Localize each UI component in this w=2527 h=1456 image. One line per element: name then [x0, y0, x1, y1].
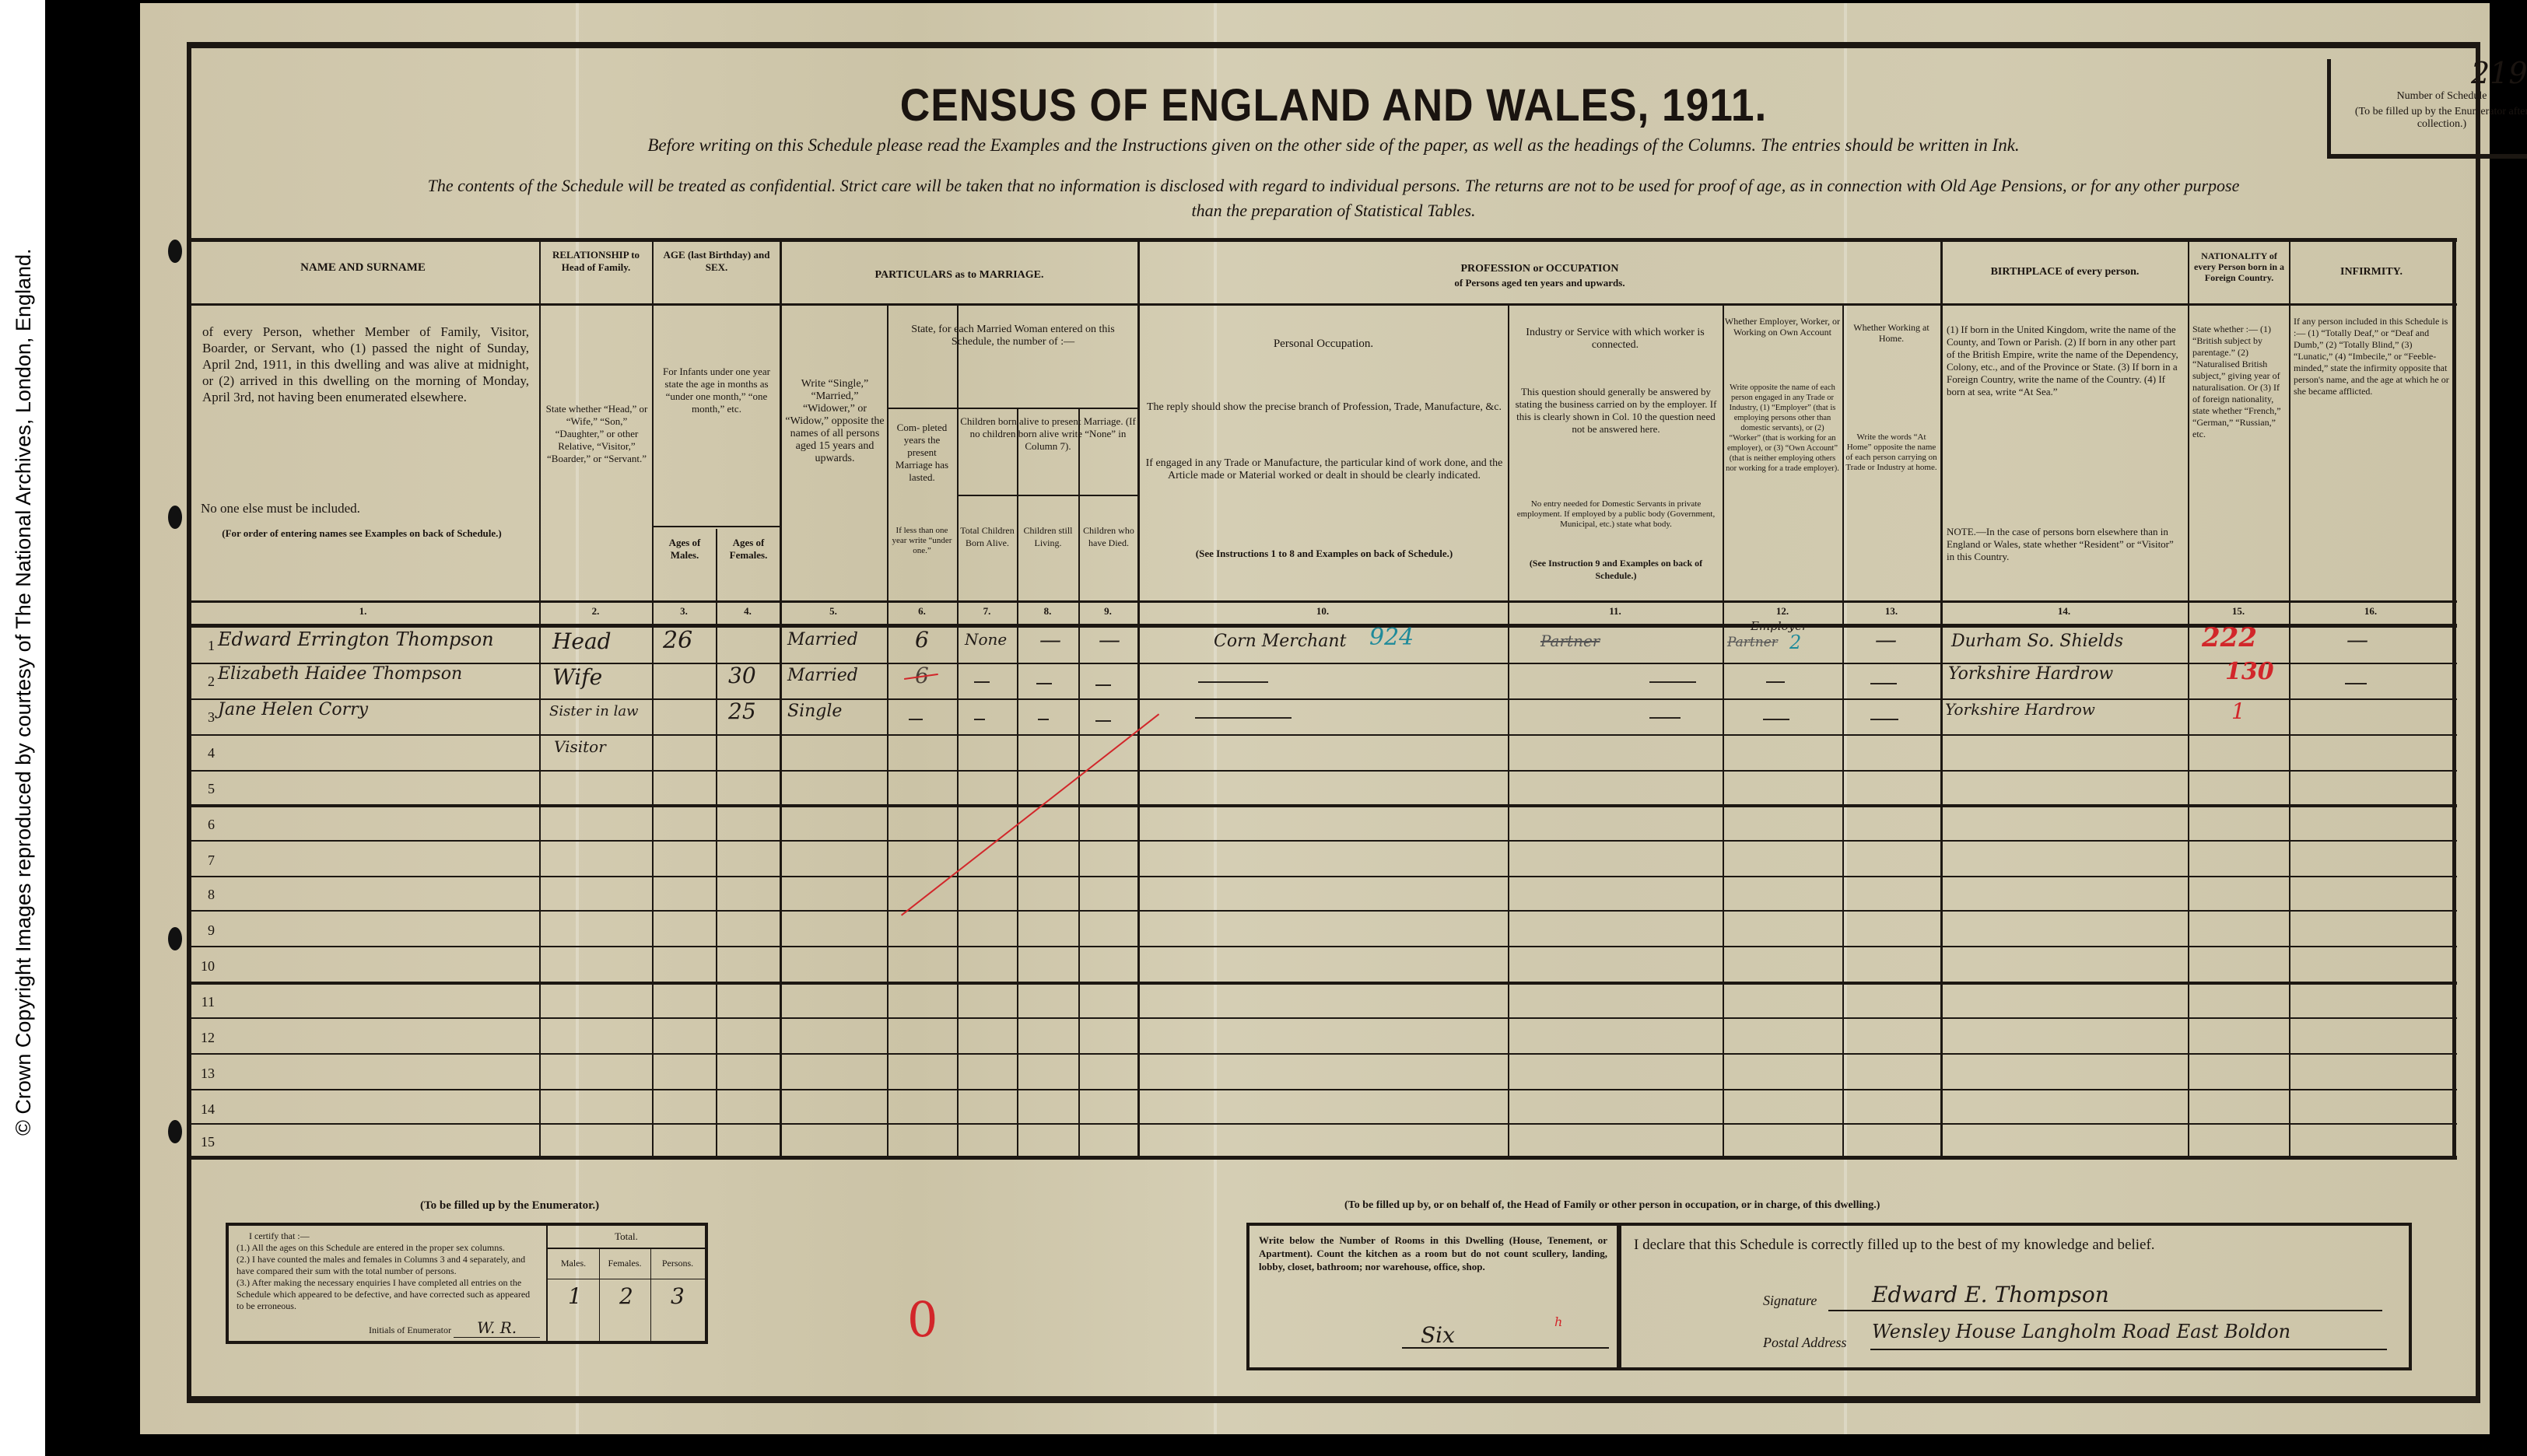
cell-industry: Partner: [1540, 632, 1600, 650]
col-num: 16.: [2289, 605, 2452, 624]
header-personal-desc: The reply should show the precise branch…: [1145, 401, 1503, 414]
header-industry: Industry or Service with which worker is…: [1509, 327, 1721, 352]
header-marriage: PARTICULARS as to MARRIAGE.: [782, 269, 1137, 282]
cell-occupation: Corn Merchant: [1214, 632, 1346, 651]
cell-age-male: 26: [663, 627, 692, 654]
certify-item-3: (3.) After making the necessary enquirie…: [237, 1277, 538, 1312]
cell-relationship: Wife: [552, 664, 602, 690]
header-name-note2: (For order of entering names see Example…: [195, 527, 529, 540]
row-number: 7: [193, 852, 215, 869]
cell-name: Elizabeth Haidee Thompson: [218, 664, 462, 684]
confidential-line-2: than the preparation of Statistical Tabl…: [191, 201, 2476, 221]
row-number: 15: [193, 1134, 215, 1150]
header-personal-occupation: Personal Occupation.: [1140, 338, 1507, 350]
header-relationship: RELATIONSHIP to Head of Family.: [541, 249, 651, 274]
header-industry-desc: This question should generally be answer…: [1512, 386, 1719, 436]
header-children-living: Children still Living.: [1018, 524, 1078, 549]
enumerator-initials: W. R.: [454, 1318, 540, 1338]
header-personal-desc2: If engaged in any Trade or Manufacture, …: [1145, 457, 1503, 482]
postal-address-label: Postal Address: [1763, 1335, 1847, 1351]
header-name-note: No one else must be included.: [201, 502, 527, 515]
col-num: 1.: [187, 605, 539, 624]
header-infirmity: INFIRMITY.: [2290, 266, 2452, 278]
col-num: 3.: [652, 605, 716, 624]
cell-relationship: Head: [552, 628, 612, 654]
cell-nationality: 222: [2202, 622, 2257, 653]
header-name: NAME AND SURNAME: [187, 261, 539, 274]
cell-age-female: 25: [728, 698, 756, 724]
total-males: 1: [568, 1283, 582, 1309]
signature: Edward E. Thompson: [1872, 1282, 2109, 1307]
header-employer: Whether Employer, Worker, or Working on …: [1724, 316, 1841, 338]
certify-text: I certify that :—: [237, 1230, 538, 1242]
header-marriage-completed: Com- pleted years the present Marriage h…: [888, 422, 955, 484]
col-num: 2.: [539, 605, 652, 624]
cell-name: Jane Helen Corry: [218, 700, 368, 719]
cell-marriage: Married: [787, 630, 858, 649]
total-label: Total.: [548, 1226, 705, 1249]
page-title: CENSUS OF ENGLAND AND WALES, 1911.: [282, 79, 2384, 131]
schedule-number: 2194: [2471, 67, 2527, 86]
header-personal-desc3: (See Instructions 1 to 8 and Examples on…: [1145, 548, 1503, 560]
header-birthplace: BIRTHPLACE of every person.: [1942, 266, 2188, 278]
header-age: AGE (last Birthday) and SEX.: [654, 249, 780, 274]
rooms-red-mark: h: [1554, 1314, 1562, 1329]
schedule-note: (To be filled up by the Enumerator after…: [2331, 106, 2527, 131]
header-home: Whether Working at Home.: [1844, 322, 1939, 344]
punch-hole: [168, 240, 182, 263]
cell-birthplace: Yorkshire Hardrow: [1948, 664, 2113, 684]
cell-children-died: —: [1099, 627, 1120, 653]
header-age-males: Ages of Males.: [654, 537, 716, 562]
header-birthplace-desc: (1) If born in the United Kingdom, write…: [1947, 324, 2183, 398]
initials-label: Initials of Enumerator W. R.: [369, 1322, 540, 1336]
census-table: NAME AND SURNAME of every Person, whethe…: [187, 238, 2457, 1157]
postal-address: Wensley House Langholm Road East Boldon: [1872, 1321, 2290, 1342]
row-number: 12: [193, 1030, 215, 1046]
total-persons: 3: [671, 1283, 685, 1309]
persons-label: Persons.: [650, 1248, 705, 1279]
row-number: 11: [193, 994, 215, 1010]
schedule-number-box: Number of Schedule 2194 (To be filled up…: [2327, 59, 2527, 159]
cell-name: Edward Errington Thompson: [218, 628, 494, 650]
row-number: 4: [193, 745, 215, 761]
cell-infirmity: —: [2346, 627, 2368, 653]
enumerator-heading: (To be filled up by the Enumerator.): [420, 1199, 599, 1213]
punch-hole: [168, 506, 182, 529]
row-number: 10: [193, 958, 215, 975]
header-birthplace-note: NOTE.—In the case of persons born elsewh…: [1947, 526, 2183, 563]
signature-label: Signature: [1763, 1293, 1817, 1309]
rooms-instruction: Write below the Number of Rooms in this …: [1249, 1226, 1617, 1281]
cell-children-living: —: [1039, 627, 1061, 653]
confidential-line: The contents of the Schedule will be tre…: [191, 176, 2476, 196]
enumerator-box: I certify that :— (1.) All the ages on t…: [226, 1223, 708, 1344]
row-number: 8: [193, 887, 215, 903]
punch-hole: [168, 1120, 182, 1143]
cell-occupation-code: 924: [1369, 624, 1414, 651]
col-num: 14.: [1940, 605, 2188, 624]
certify-item-2: (2.) I have counted the males and female…: [237, 1254, 538, 1277]
cell-relationship-2: Visitor: [554, 737, 606, 756]
header-name-desc: of every Person, whether Member of Famil…: [202, 324, 529, 405]
header-occupation: PROFESSION or OCCUPATION: [1140, 263, 1940, 275]
col-num: 8.: [1017, 605, 1078, 624]
copyright-text: © Crown Copyright Images reproduced by c…: [12, 248, 36, 1136]
row-number: 9: [193, 922, 215, 939]
cell-years: 6: [915, 627, 929, 653]
rooms-box: Write below the Number of Rooms in this …: [1246, 1223, 1620, 1370]
header-nationality: NATIONALITY of every Person born in a Fo…: [2189, 250, 2289, 283]
cell-birthplace: Durham So. Shields: [1951, 632, 2123, 651]
number-of-rooms: Six: [1421, 1322, 1455, 1348]
header-marriage-state: State, for each Married Woman entered on…: [891, 324, 1135, 348]
cell-children-total: None: [965, 630, 1007, 649]
header-nationality-desc: State whether :— (1) “British subject by…: [2192, 324, 2286, 440]
row-number: 3: [193, 709, 215, 726]
declaration-box: I declare that this Schedule is correctl…: [1618, 1223, 2412, 1370]
males-label: Males.: [548, 1248, 600, 1279]
col-num: 5.: [780, 605, 887, 624]
row-number: 2: [193, 674, 215, 690]
cell-nationality: 1: [2231, 698, 2245, 724]
females-label: Females.: [599, 1248, 651, 1279]
col-num: 7.: [957, 605, 1017, 624]
col-num: 10.: [1137, 605, 1508, 624]
instruction-line: Before writing on this Schedule please r…: [191, 135, 2476, 156]
cell-marriage: Married: [787, 666, 858, 685]
col-num: 11.: [1508, 605, 1723, 624]
header-home-desc: Write the words “At Home” opposite the n…: [1844, 432, 1939, 473]
schedule-number-label: Number of Schedule: [2397, 90, 2487, 103]
header-occupation-sub: of Persons aged ten years and upwards.: [1140, 277, 1940, 289]
header-children-total: Total Children Born Alive.: [959, 524, 1016, 549]
punch-hole: [168, 927, 182, 950]
declaration-text: I declare that this Schedule is correctl…: [1634, 1237, 2155, 1254]
col-num: 6.: [887, 605, 957, 624]
row-number: 14: [193, 1101, 215, 1118]
household-heading: (To be filled up by, or on behalf of, th…: [1344, 1199, 1880, 1212]
header-marriage-children: Children born alive to present Marriage.…: [960, 415, 1136, 453]
red-zero-mark: 0: [907, 1291, 938, 1348]
header-employer-desc: Write opposite the name of each person e…: [1726, 383, 1839, 474]
row-number: 1: [193, 638, 215, 654]
cell-employer-struck: Partner: [1727, 635, 1778, 650]
header-children-died: Children who have Died.: [1080, 524, 1137, 549]
col-num: 9.: [1078, 605, 1137, 624]
col-num: 13.: [1842, 605, 1940, 624]
header-industry-desc2: No entry needed for Domestic Servants in…: [1512, 499, 1719, 530]
cell-age-female: 30: [728, 663, 756, 688]
cell-birthplace: Yorkshire Hardrow: [1945, 700, 2095, 719]
cell-nationality: 130: [2225, 658, 2274, 685]
cell-employer-code: 2: [1789, 632, 1801, 653]
header-age-females: Ages of Females.: [717, 537, 780, 562]
cell-marriage: Single: [787, 702, 842, 721]
col-num: 15.: [2188, 605, 2289, 624]
cell-home: —: [1875, 627, 1897, 653]
header-age-desc: For Infants under one year state the age…: [655, 366, 778, 415]
header-relationship-desc: State whether “Head,” or “Wife,” “Son,” …: [545, 403, 649, 465]
header-infirmity-desc: If any person included in this Schedule …: [2294, 316, 2449, 397]
header-marriage-completed-note: If less than one year write “under one.”: [888, 526, 955, 556]
header-marriage-write: Write “Single,” “Married,” “Widower,” or…: [784, 378, 885, 465]
col-num: 4.: [716, 605, 780, 624]
cell-relationship: Sister in law: [549, 703, 639, 719]
row-number: 5: [193, 781, 215, 797]
total-females: 2: [619, 1283, 633, 1309]
row-number: 6: [193, 817, 215, 833]
certify-item-1: (1.) All the ages on this Schedule are e…: [237, 1242, 538, 1254]
row-number: 13: [193, 1066, 215, 1082]
red-cancel-stroke: [901, 713, 1159, 915]
header-industry-desc3: (See Instruction 9 and Examples on back …: [1512, 557, 1719, 582]
copyright-strip: © Crown Copyright Images reproduced by c…: [0, 0, 45, 1456]
